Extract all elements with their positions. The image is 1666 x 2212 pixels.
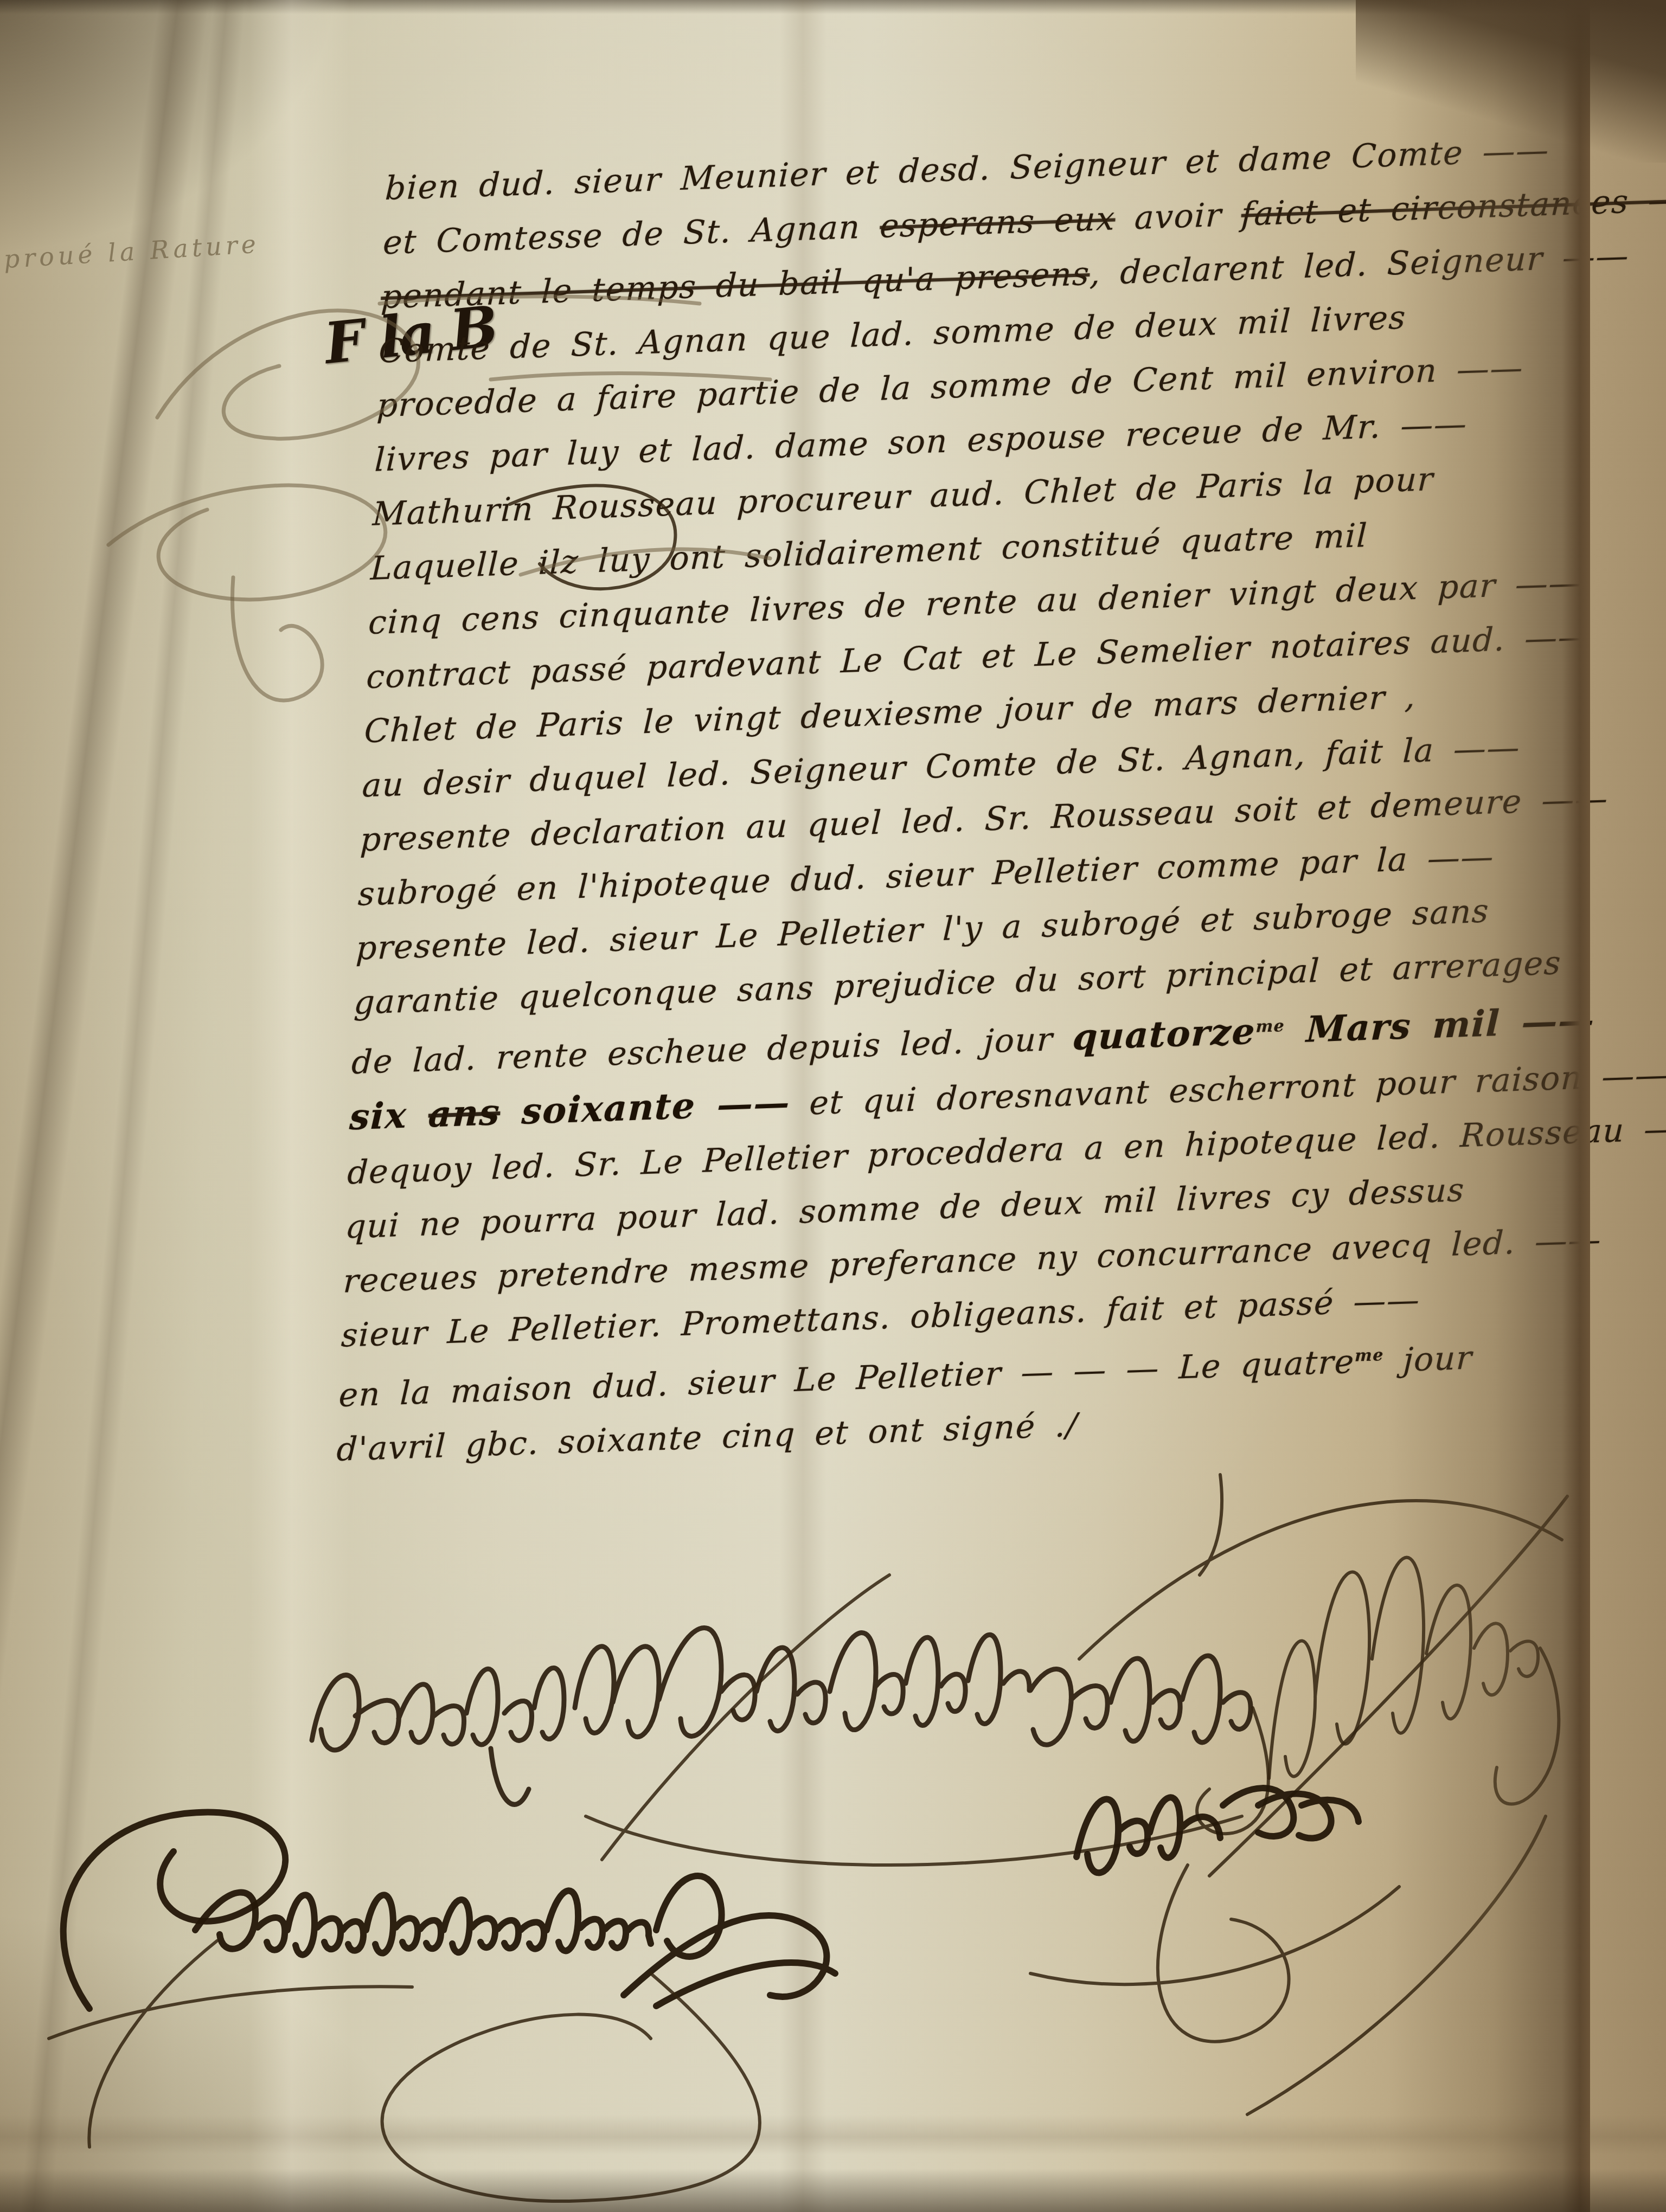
manuscript-line-segment: soixante —— xyxy=(499,1081,791,1133)
signature-francois-de-beauvillier xyxy=(312,1575,1268,1865)
manuscript-line-segment: esperans eux xyxy=(879,200,1116,245)
manuscript-line-segment: avoir xyxy=(1114,196,1242,238)
manuscript-line-segment: ans xyxy=(427,1091,501,1135)
manuscript-line-segment: et Comtesse de St. Agnan xyxy=(382,208,881,262)
manuscript-line-segment: jour xyxy=(1383,1339,1473,1380)
manuscript-line-segment: me xyxy=(1354,1346,1384,1366)
manuscript-line-segment: , declarent led. Seigneur —— xyxy=(1089,237,1630,293)
manuscript-line-segment: me xyxy=(1255,1017,1285,1037)
manuscript-photo: aproué la Rature F la B bien dud. sieur … xyxy=(0,0,1666,2212)
manuscript-line-segment: quatorze xyxy=(1072,1010,1257,1058)
signature-le-cat xyxy=(1030,1788,1546,2114)
manuscript-line-segment: Mars mil —— xyxy=(1284,999,1596,1051)
manuscript-line-segment: six xyxy=(349,1093,430,1138)
signature-le-semelier xyxy=(49,1812,835,2201)
manuscript-text-block: bien dud. sieur Meunier et desd. Seigneu… xyxy=(336,121,1612,1477)
bottom-edge-shadow xyxy=(0,2169,1666,2212)
signature-second xyxy=(1079,1475,1567,1876)
manuscript-line-segment: faict et circonstances —— xyxy=(1241,180,1666,234)
margin-note-approved-erasure: aproué la Rature xyxy=(0,229,260,275)
